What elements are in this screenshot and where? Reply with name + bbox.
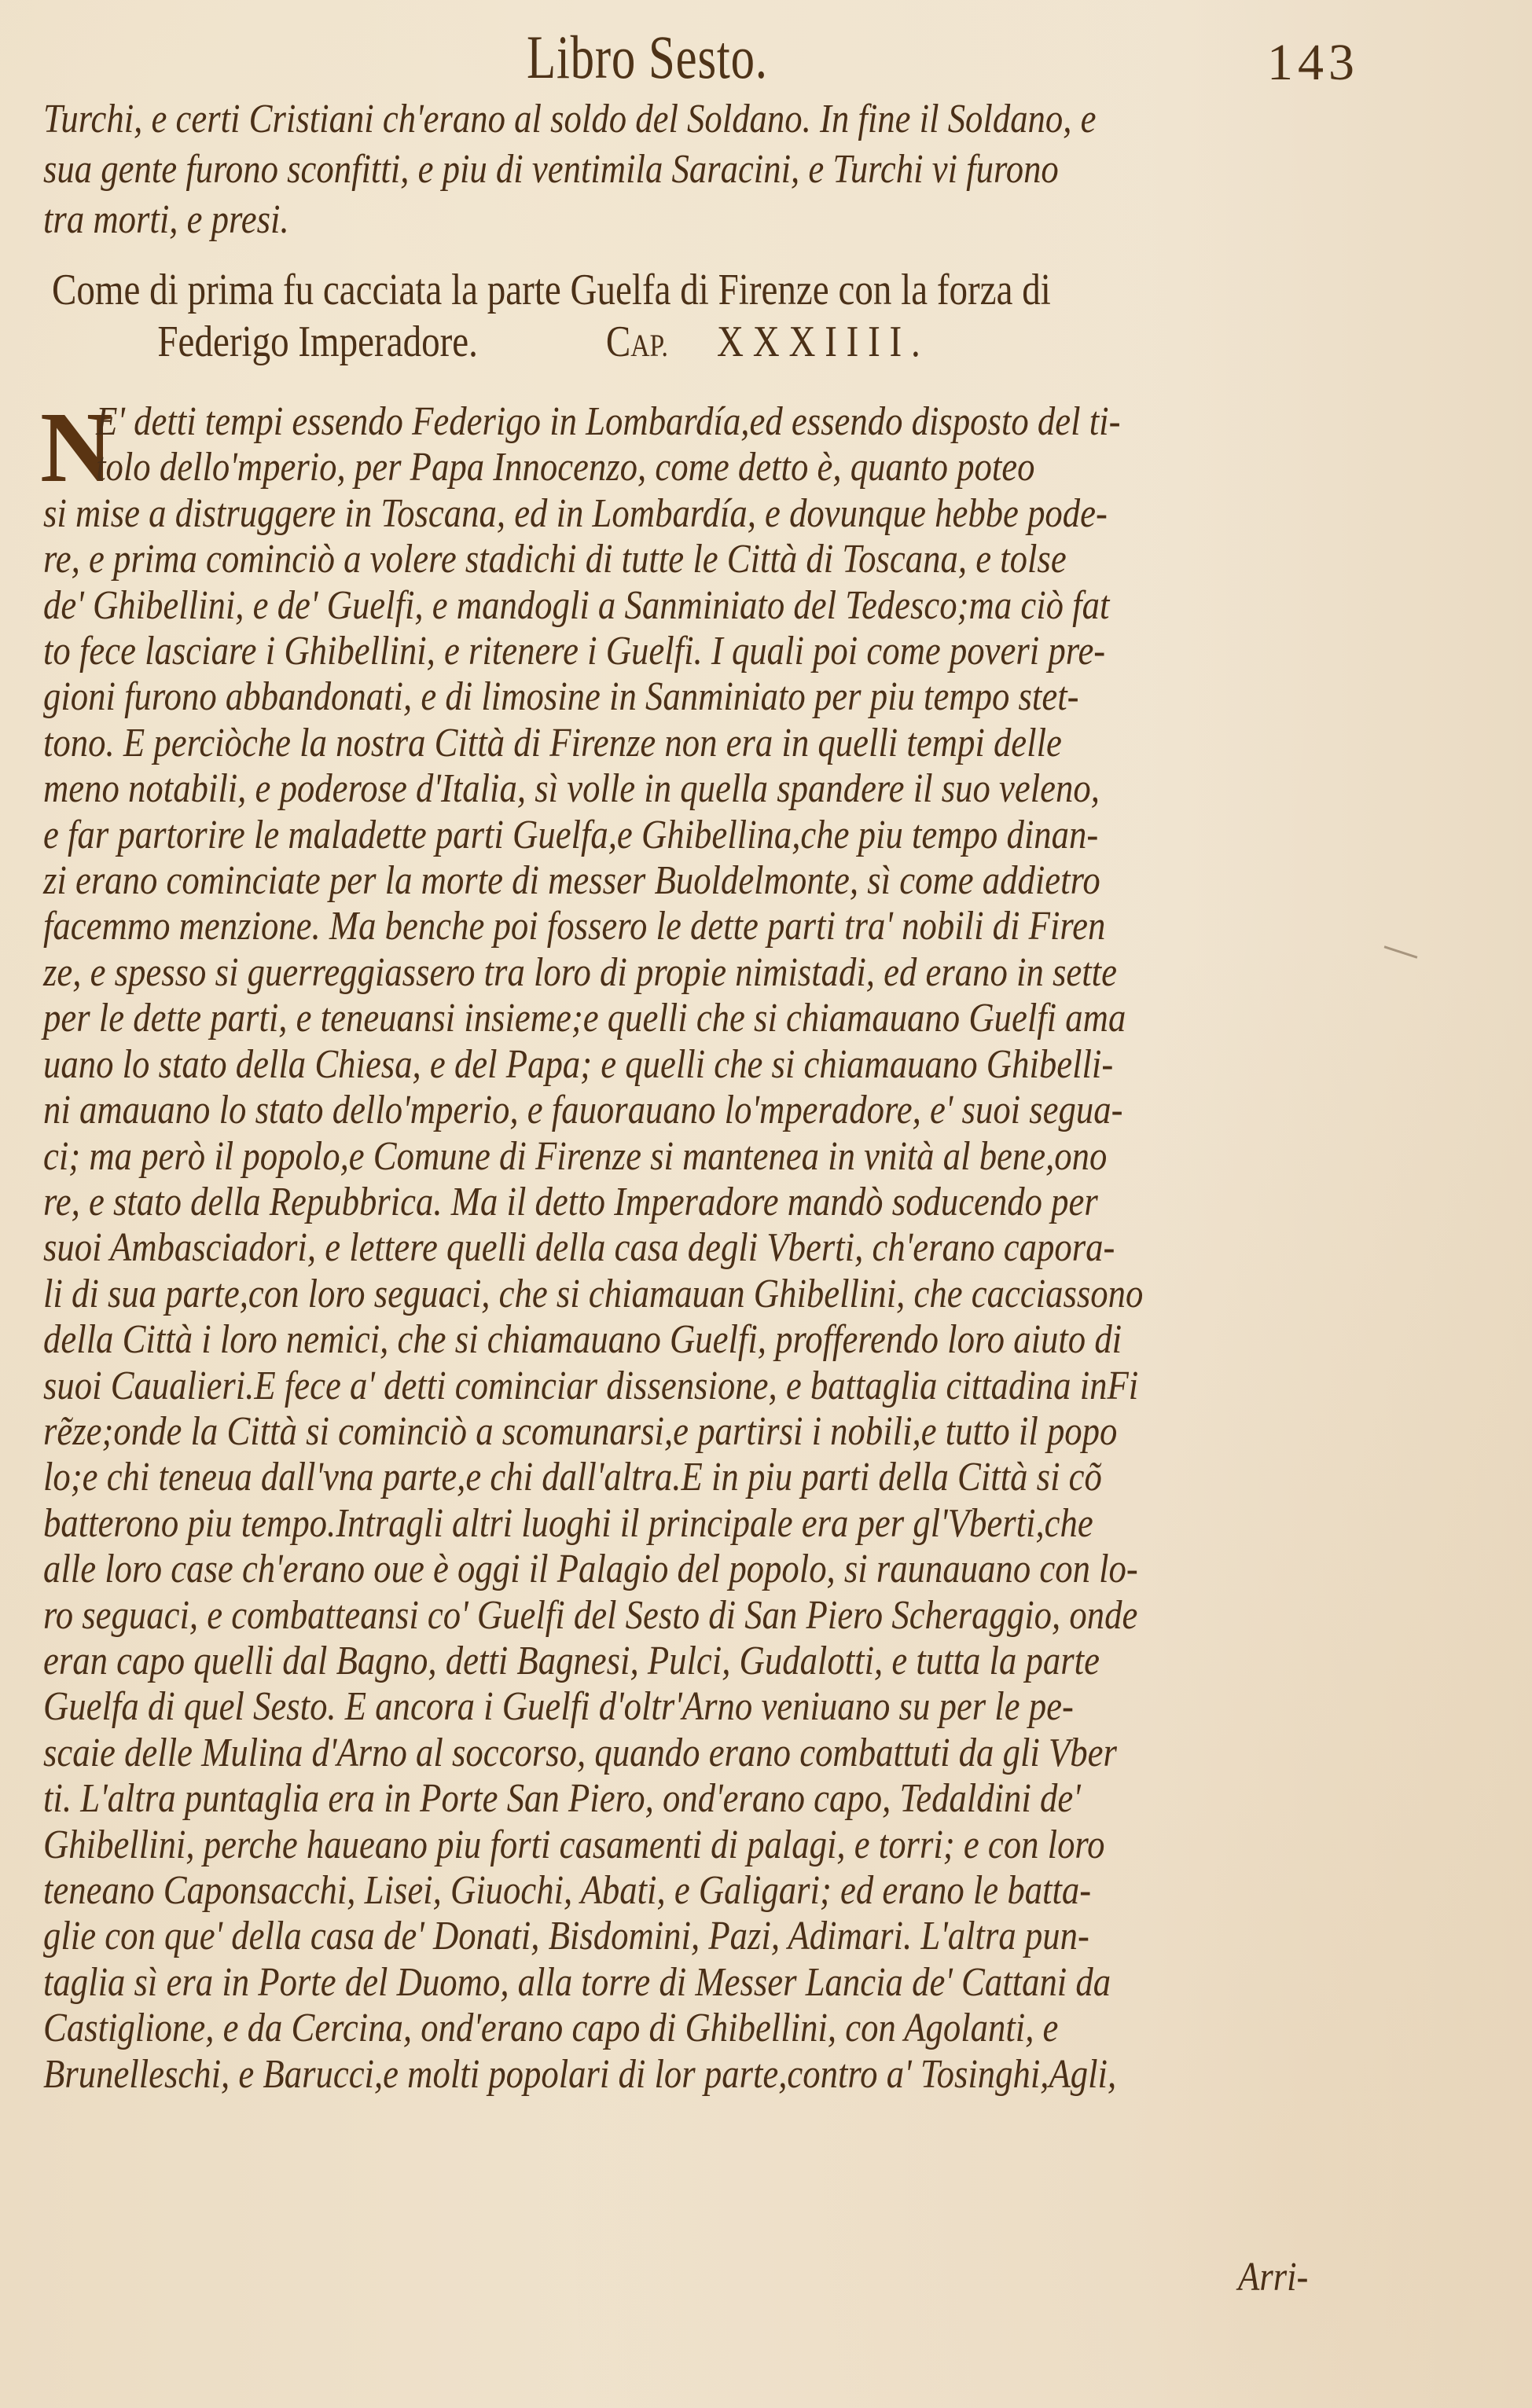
text-line: tolo dello'mperio, per Papa Innocenzo, c… [43, 445, 1172, 490]
text-line: E' detti tempi essendo Federigo in Lomba… [43, 399, 1172, 445]
text-line: eran capo quelli dal Bagno, detti Bagnes… [43, 1639, 1172, 1684]
running-title: Libro Sesto. [527, 22, 768, 93]
text-line: rẽze;onde la Città si cominciò a scomuna… [43, 1409, 1172, 1455]
text-line: della Città i loro nemici, che si chiama… [43, 1317, 1172, 1363]
text-line: lo;e chi teneua dall'vna parte,e chi dal… [43, 1455, 1172, 1500]
text-line: re, e stato della Repubbrica. Ma il dett… [43, 1180, 1172, 1225]
chapter-label-rest: AP. [630, 328, 668, 363]
text-line: Brunelleschi, e Barucci,e molti popolari… [43, 2052, 1172, 2098]
text-line: si mise a distruggere in Toscana, ed in … [43, 491, 1172, 537]
text-line: li di sua parte,con loro seguaci, che si… [43, 1272, 1172, 1317]
chapter-number: XXXIIII. [717, 316, 929, 368]
text-line: teneano Caponsacchi, Lisei, Giuochi, Aba… [43, 1868, 1172, 1914]
margin-stray-mark [1384, 945, 1418, 958]
text-line: zi erano cominciate per la morte di mess… [43, 858, 1172, 904]
catchword: Arri- [1238, 2254, 1308, 2300]
intro-paragraph-continuation: Turchi, e certi Cristiani ch'erano al so… [43, 94, 1356, 245]
text-line: scaie delle Mulina d'Arno al soccorso, q… [43, 1731, 1172, 1776]
chapter-label-initial: C [606, 318, 630, 366]
text-line: Guelfa di quel Sesto. E ancora i Guelfi … [43, 1684, 1172, 1730]
text-line: re, e prima cominciò a volere stadichi d… [43, 537, 1172, 582]
text-line: de' Ghibellini, e de' Guelfi, e mandogli… [43, 583, 1172, 629]
text-line: suoi Ambasciadori, e lettere quelli dell… [43, 1225, 1172, 1271]
body-text: E' detti tempi essendo Federigo in Lomba… [43, 399, 1356, 2098]
text-line: ze, e spesso si guerreggiassero tra loro… [43, 950, 1172, 996]
text-line: e far partorire le maladette parti Guelf… [43, 813, 1172, 858]
chapter-title-line-1: Come di prima fu cacciata la parte Guelf… [52, 264, 1161, 316]
text-line: gioni furono abbandonati, e di limosine … [43, 674, 1172, 720]
chapter-title-line-2: Federigo Imperadore. CAP. XXXIIII. [52, 316, 1161, 372]
chapter-title-end: Federigo Imperadore. [157, 318, 478, 366]
text-line: meno notabili, e poderose d'Italia, sì v… [43, 766, 1172, 812]
book-page: Libro Sesto. 143 Turchi, e certi Cristia… [0, 0, 1532, 2408]
text-line: Turchi, e certi Cristiani ch'erano al so… [43, 94, 1172, 145]
text-line: ci; ma però il popolo,e Comune di Firenz… [43, 1134, 1172, 1180]
text-line: tra morti, e presi. [43, 195, 1172, 245]
text-line: taglia sì era in Porte del Duomo, alla t… [43, 1960, 1172, 2006]
text-line: per le dette parti, e teneuansi insieme;… [43, 996, 1172, 1041]
text-line: to fece lasciare i Ghibellini, e ritener… [43, 629, 1172, 674]
text-line: Ghibellini, perche haueano piu forti cas… [43, 1823, 1172, 1868]
chapter-body: N E' detti tempi essendo Federigo in Lom… [43, 399, 1356, 2098]
text-line: tono. E perciòche la nostra Città di Fir… [43, 721, 1172, 766]
chapter-label: CAP. [606, 316, 668, 372]
text-line: ro seguaci, e combatteansi co' Guelfi de… [43, 1593, 1172, 1639]
text-line: ni amauano lo stato dello'mperio, e fauo… [43, 1088, 1172, 1133]
text-line: alle loro case ch'erano oue è oggi il Pa… [43, 1547, 1172, 1592]
text-line: Castiglione, e da Cercina, ond'erano cap… [43, 2006, 1172, 2051]
text-line: glie con que' della casa de' Donati, Bis… [43, 1914, 1172, 1959]
text-line: uano lo stato della Chiesa, e del Papa; … [43, 1042, 1172, 1088]
text-line: suoi Caualieri.E fece a' detti cominciar… [43, 1364, 1172, 1409]
text-line: facemmo menzione. Ma benche poi fossero … [43, 904, 1172, 949]
text-line: ti. L'altra puntaglia era in Porte San P… [43, 1776, 1172, 1822]
text-line: batterono piu tempo.Intragli altri luogh… [43, 1501, 1172, 1547]
text-line: sua gente furono sconfitti, e piu di ven… [43, 145, 1172, 195]
page-number: 143 [1267, 33, 1359, 93]
chapter-heading: Come di prima fu cacciata la parte Guelf… [52, 264, 1372, 372]
